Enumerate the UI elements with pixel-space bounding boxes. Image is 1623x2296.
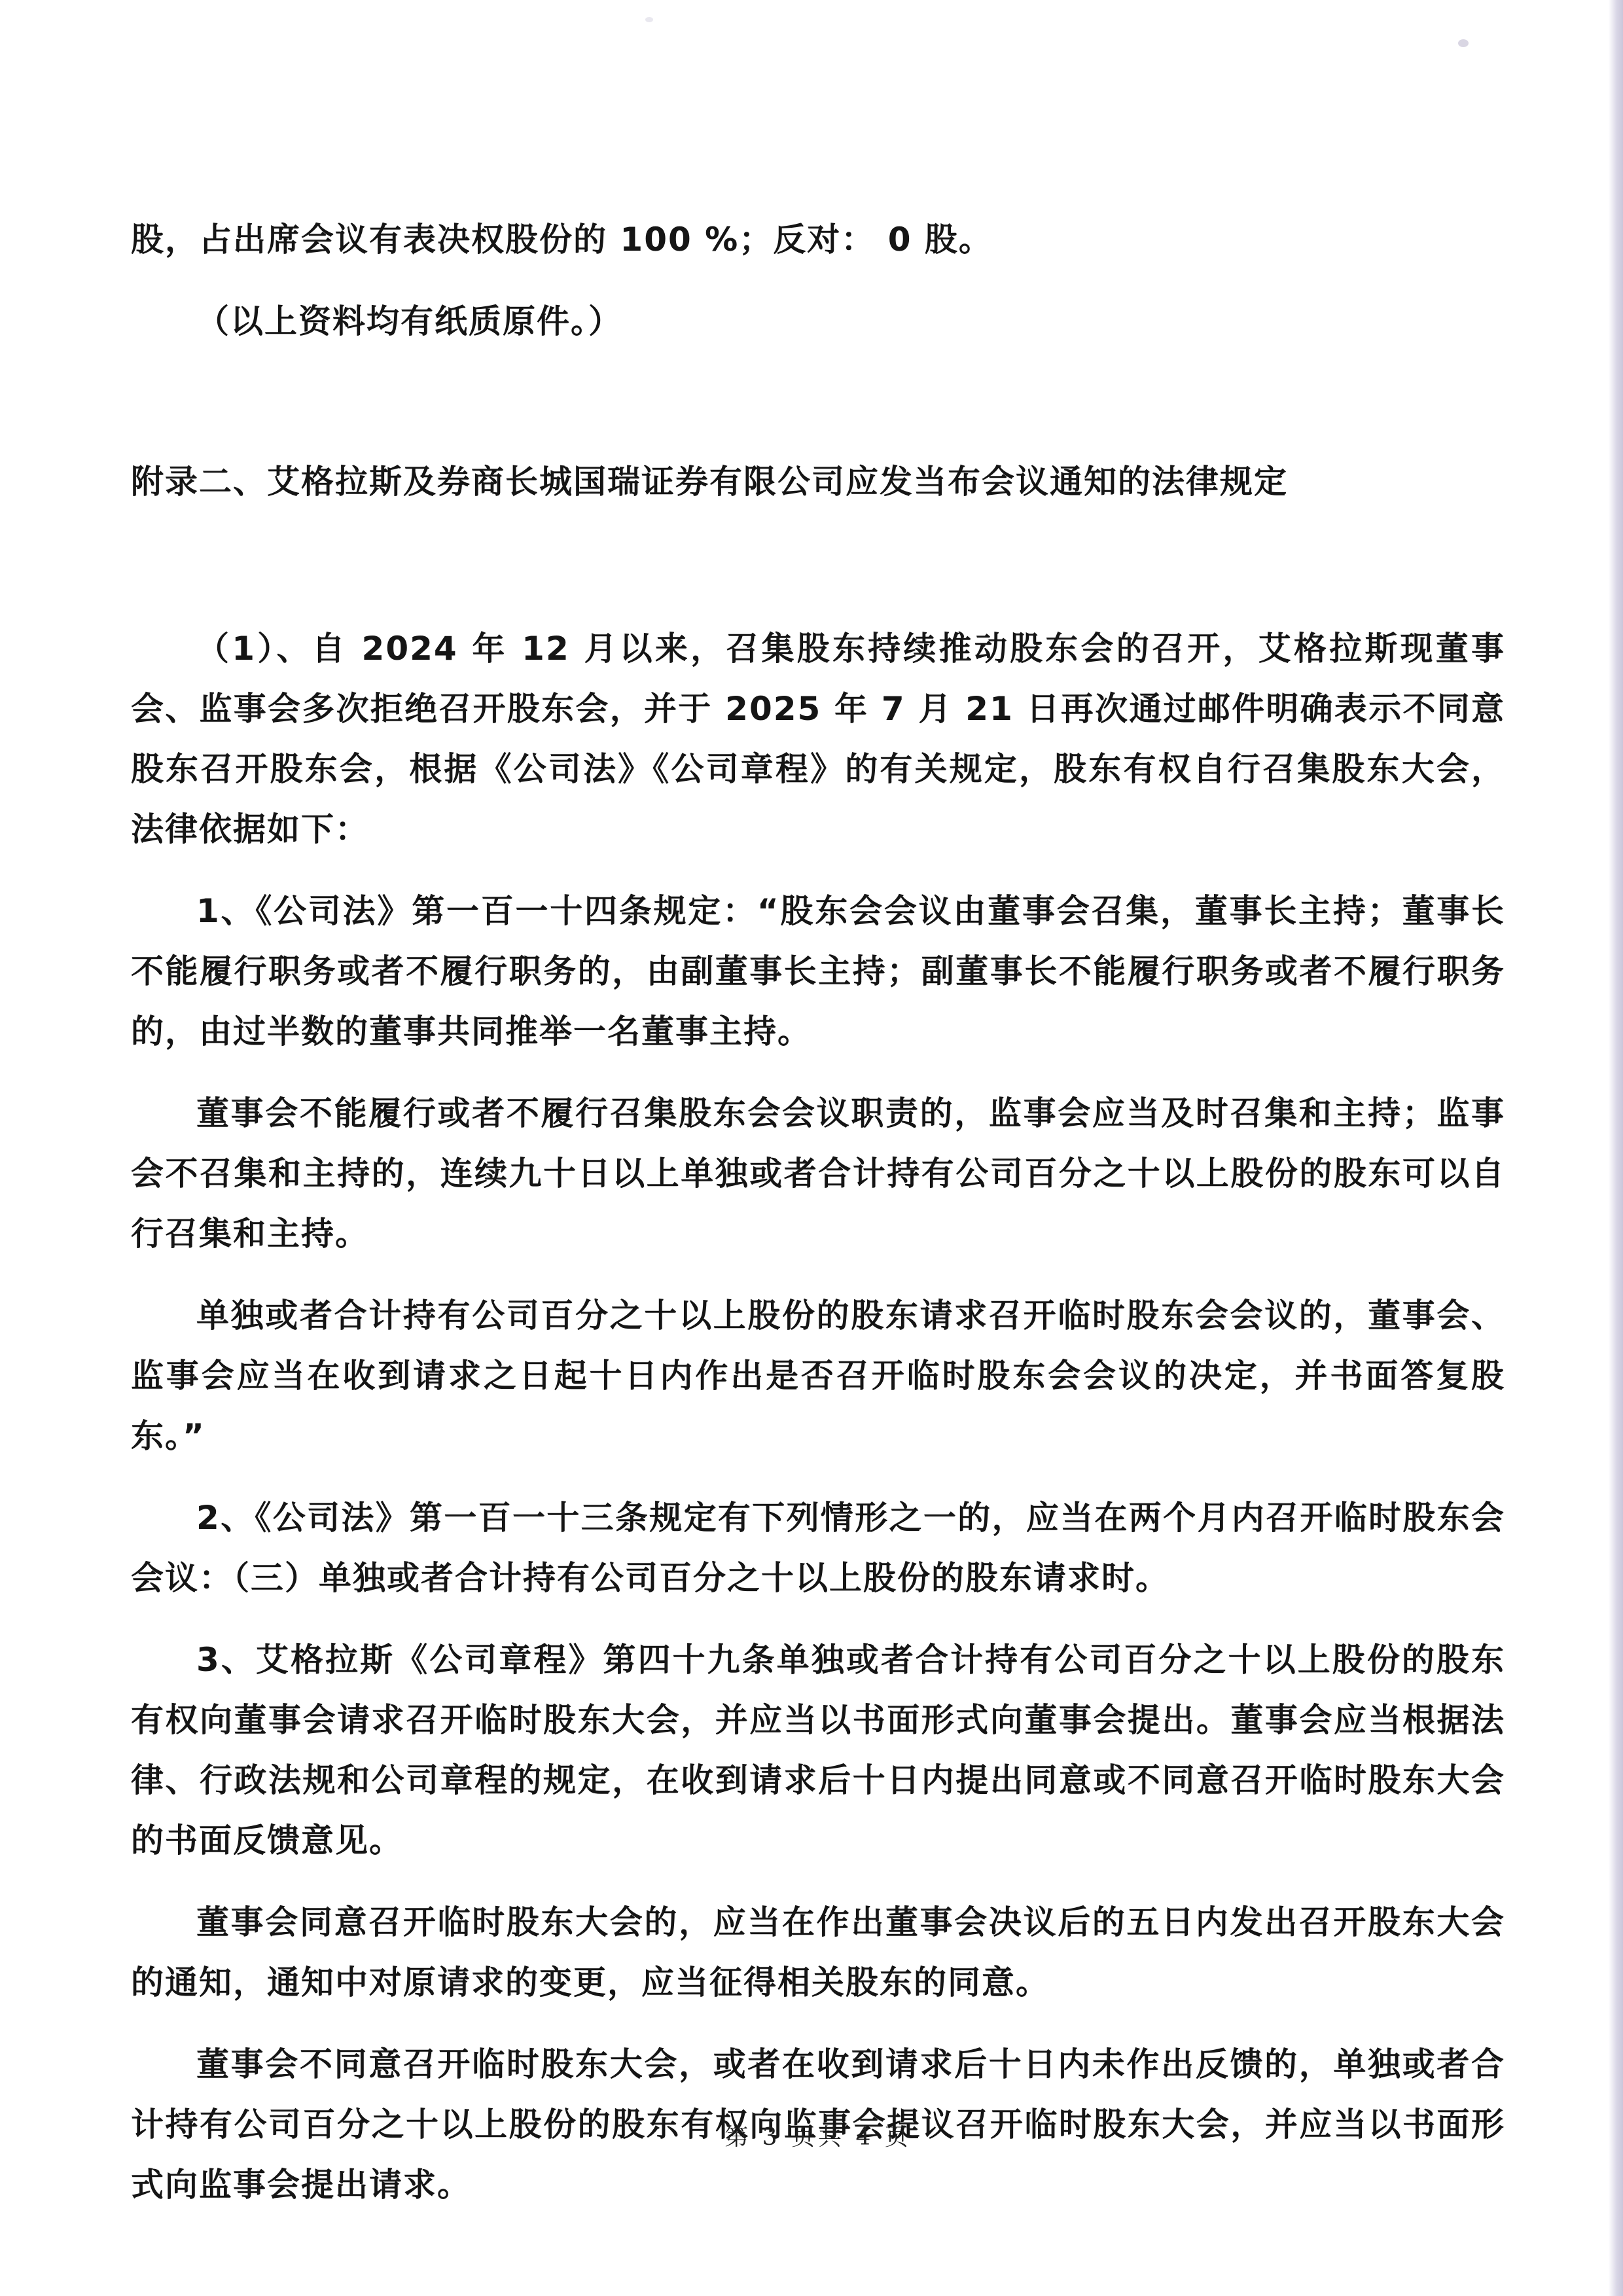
page-number-footer: 第 3 页共 4 页 (131, 2122, 1505, 2153)
scan-edge-artifact (1609, 0, 1623, 2296)
paragraph-law-article-113: 2、《公司法》第一百一十三条规定有下列情形之一的，应当在两个月内召开临时股东会会… (131, 1488, 1505, 1608)
document-body: 股，占出席会议有表决权股份的 100 %；反对： 0 股。 （以上资料均有纸质原… (131, 209, 1505, 2236)
paragraph-ten-percent-request-clause: 单独或者合计持有公司百分之十以上股份的股东请求召开临时股东会会议的，董事会、监事… (131, 1285, 1505, 1466)
paragraph-background: （1）、自 2024 年 12 月以来，召集股东持续推动股东会的召开，艾格拉斯现… (131, 619, 1505, 859)
scanned-document-page: 股，占出席会议有表决权股份的 100 %；反对： 0 股。 （以上资料均有纸质原… (0, 0, 1623, 2296)
paragraph-law-article-114: 1、《公司法》第一百一十四条规定：“股东会会议由董事会召集，董事长主持；董事长不… (131, 881, 1505, 1062)
appendix-two-heading: 附录二、艾格拉斯及券商长城国瑞证券有限公司应发当布会议通知的法律规定 (131, 452, 1505, 512)
scan-speck (645, 17, 653, 22)
paragraph-continuation: 股，占出席会议有表决权股份的 100 %；反对： 0 股。 (131, 209, 1505, 270)
paragraph-board-agrees-notice: 董事会同意召开临时股东大会的，应当在作出董事会决议后的五日内发出召开股东大会的通… (131, 1892, 1505, 2013)
paragraph-note-original-copies: （以上资料均有纸质原件。） (131, 291, 1505, 351)
paragraph-board-failure-clause: 董事会不能履行或者不履行召集股东会会议职责的，监事会应当及时召集和主持；监事会不… (131, 1083, 1505, 1264)
scan-speck (1458, 39, 1469, 47)
paragraph-charter-article-49: 3、艾格拉斯《公司章程》第四十九条单独或者合计持有公司百分之十以上股份的股东有权… (131, 1630, 1505, 1871)
